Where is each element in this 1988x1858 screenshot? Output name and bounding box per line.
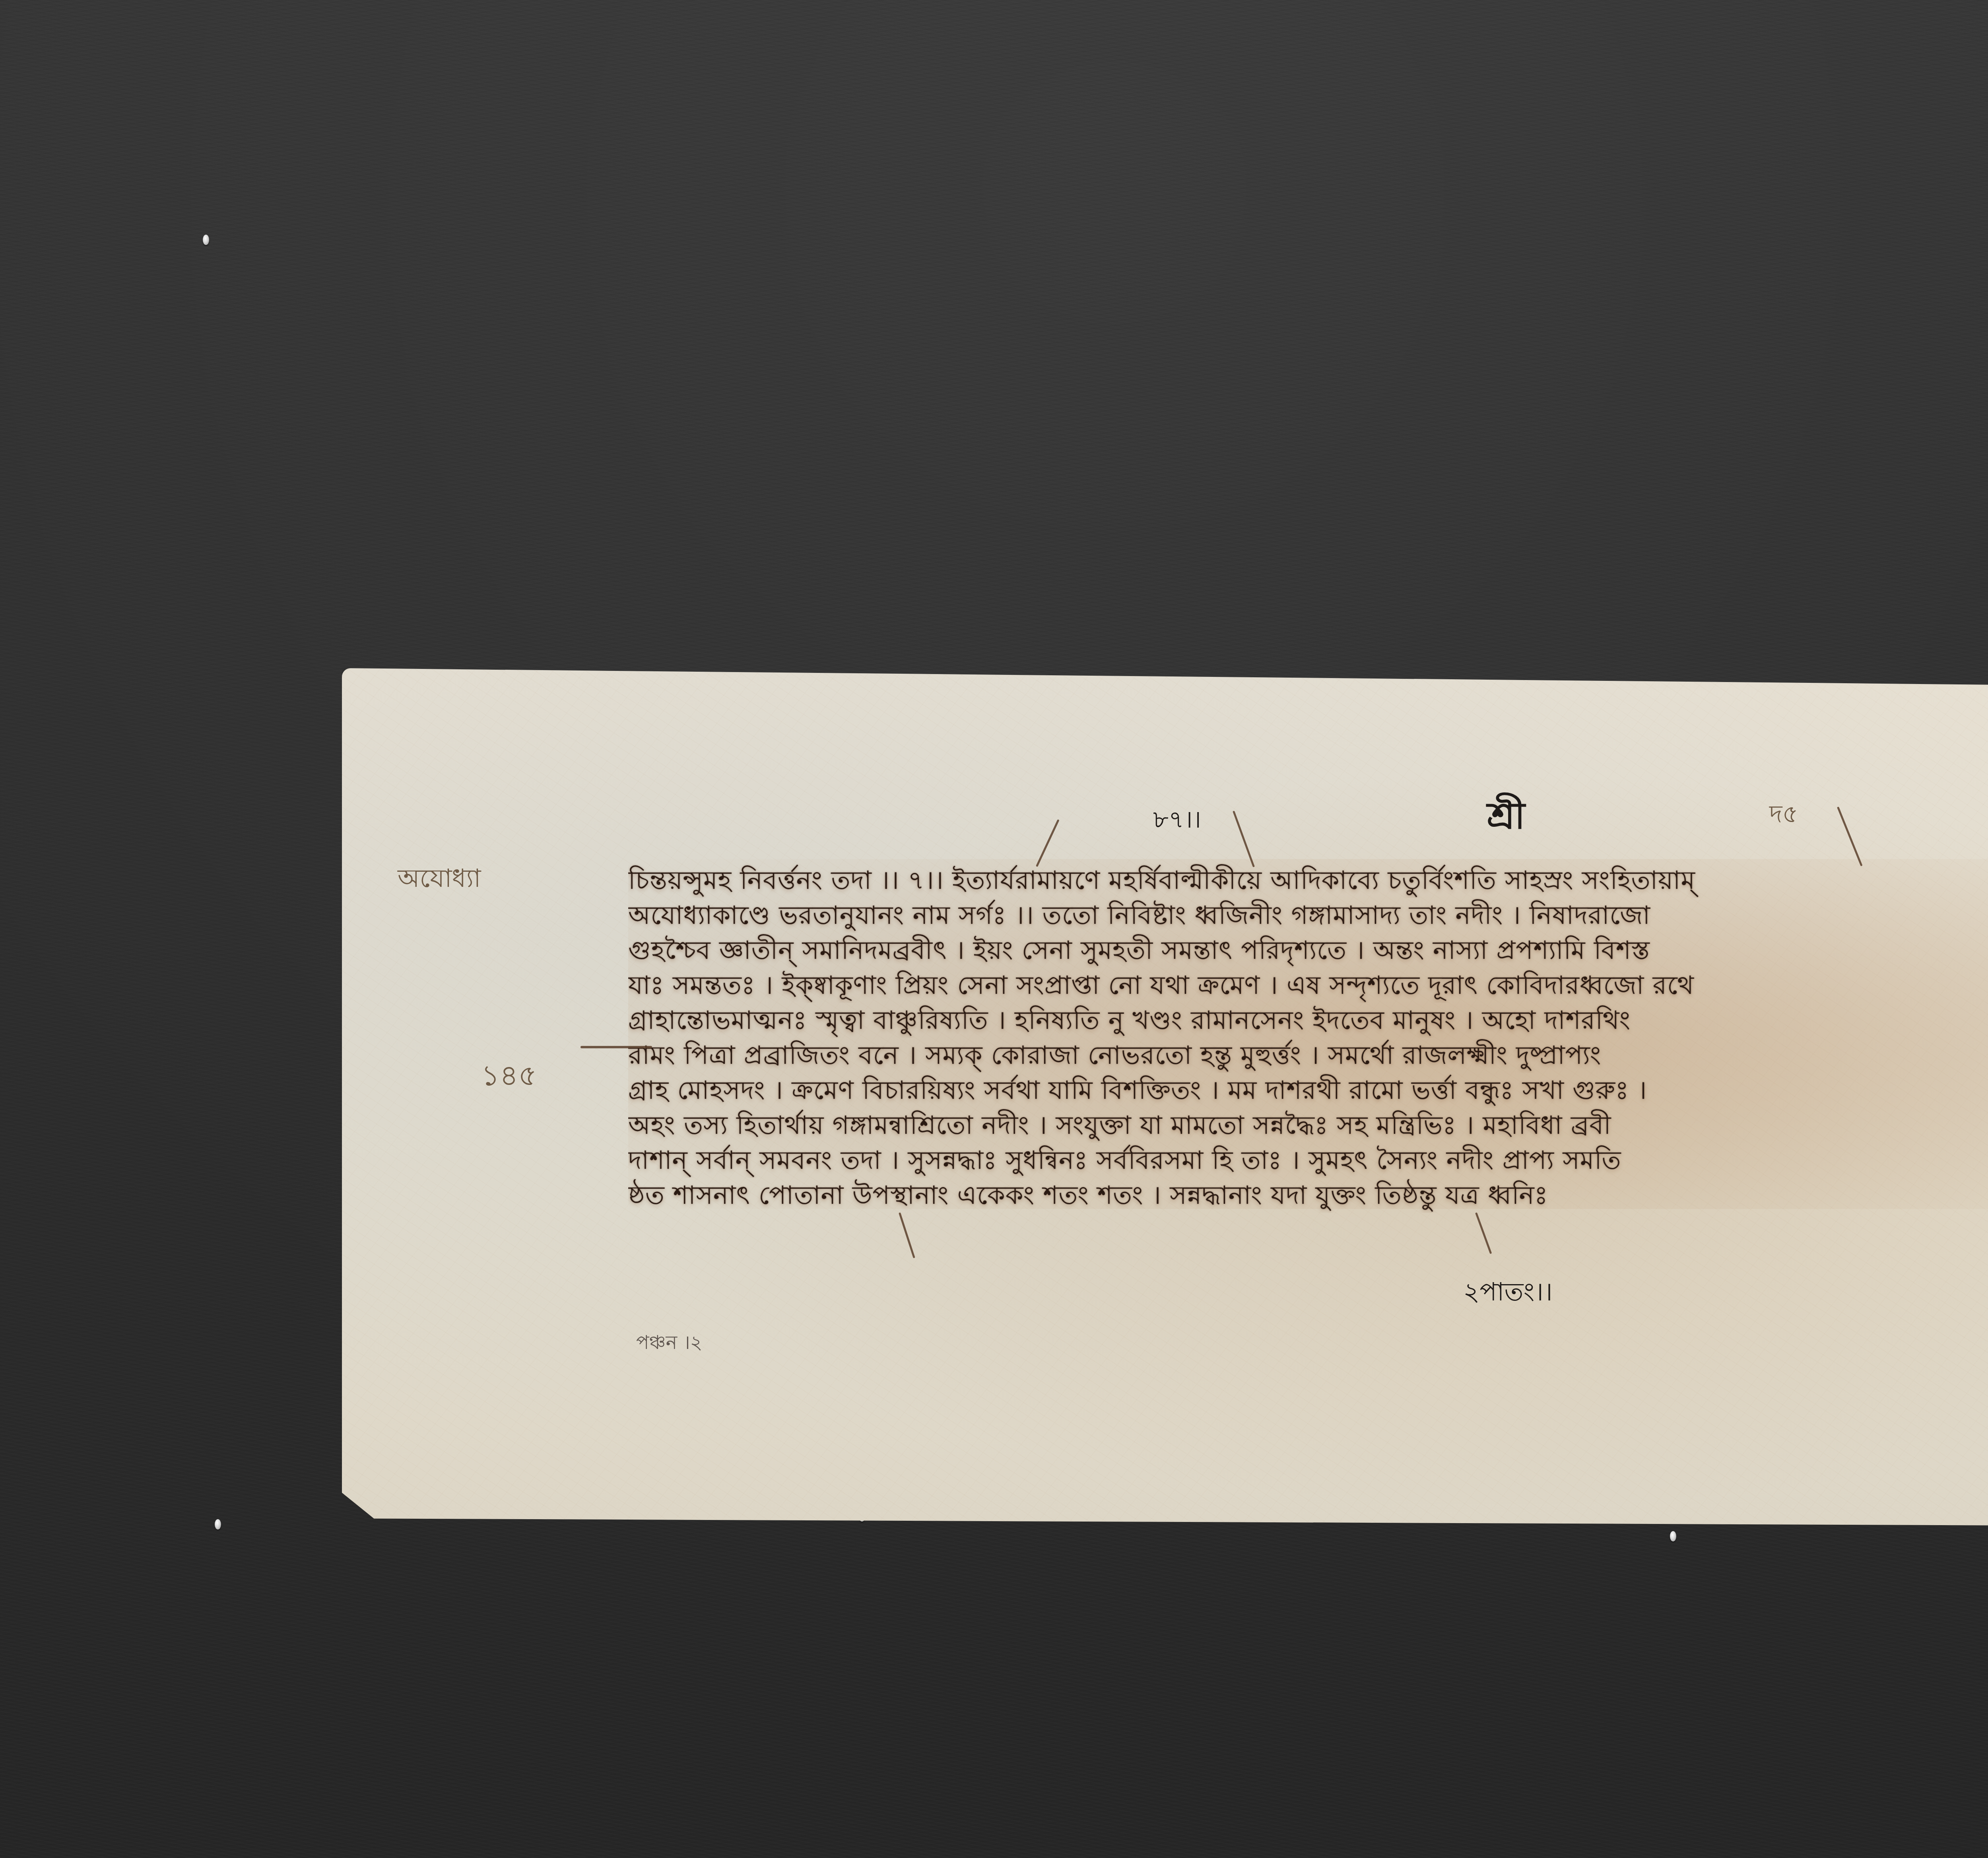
manuscript-text-line-2: অযোধ্যাকাণ্ডে ভরতানুযানং নাম সর্গঃ ।। তত…: [628, 898, 1988, 933]
manuscript-text-line-10: ষ্ঠত শাসনাৎ পোতানা উপস্থানাং একেকং শতং শ…: [628, 1178, 1988, 1213]
correction-stroke: [580, 1046, 652, 1048]
manuscript-text-line-7: গ্রাহ মোহসদং । ক্রমেণ বিচারয়িষ্যং সর্বথ…: [628, 1073, 1988, 1108]
manuscript-text-line-1: চিন্তয়ন্সুমহ নিবর্ত্তনং তদা ।। ৭।। ইত্য…: [628, 863, 1988, 898]
correction-stroke: [1475, 1212, 1492, 1254]
mounting-pin: [215, 1519, 221, 1530]
header-mark-left: ৮৭।।: [1153, 801, 1201, 841]
manuscript-text-line-8: অহং তস্য হিতার্থায় গঙ্গামন্বাশ্রিতো নদী…: [628, 1108, 1988, 1143]
manuscript-text-line-6: রামং পিত্রা প্রব্রাজিতং বনে । সম্যক্ কোর…: [628, 1038, 1988, 1073]
manuscript-leaf: ৮৭।। শ্রী দ৫ অযোধ্যা ১৪৫ ২০ চিন্তয়ন্সুম…: [342, 668, 1988, 1527]
left-folio-number: ১৪৫: [481, 1054, 537, 1102]
mounting-pin: [203, 235, 209, 245]
header-mark-center: শ্রী: [1487, 787, 1525, 849]
manuscript-text-line-3: গুহশ্চৈব জ্ঞাতীন্ সমানিদমব্রবীৎ । ইয়ং স…: [628, 933, 1988, 968]
manuscript-text-line-9: দাশান্ সর্বান্ সমবনং তদা । সুসন্নদ্ধাঃ স…: [628, 1143, 1988, 1178]
correction-stroke: [1837, 807, 1863, 866]
bottom-center-mark: ২পাতং।।: [1463, 1273, 1553, 1315]
bottom-left-note: পঞ্চন ।২: [636, 1328, 703, 1360]
manuscript-text-line-4: যাঃ সমন্ততঃ । ইক্ষ্বাকূণাং প্রিয়ং সেনা …: [628, 968, 1988, 1003]
mounting-pin: [1670, 1531, 1676, 1541]
manuscript-text-line-5: গ্রাহান্তোভমাত্মনঃ স্মৃত্বা বাঞ্চুরিষ্যত…: [628, 1003, 1988, 1038]
correction-stroke: [899, 1212, 915, 1258]
left-margin-title: অযোধ্যা: [398, 859, 481, 902]
header-mark-right: দ৫: [1769, 795, 1798, 836]
